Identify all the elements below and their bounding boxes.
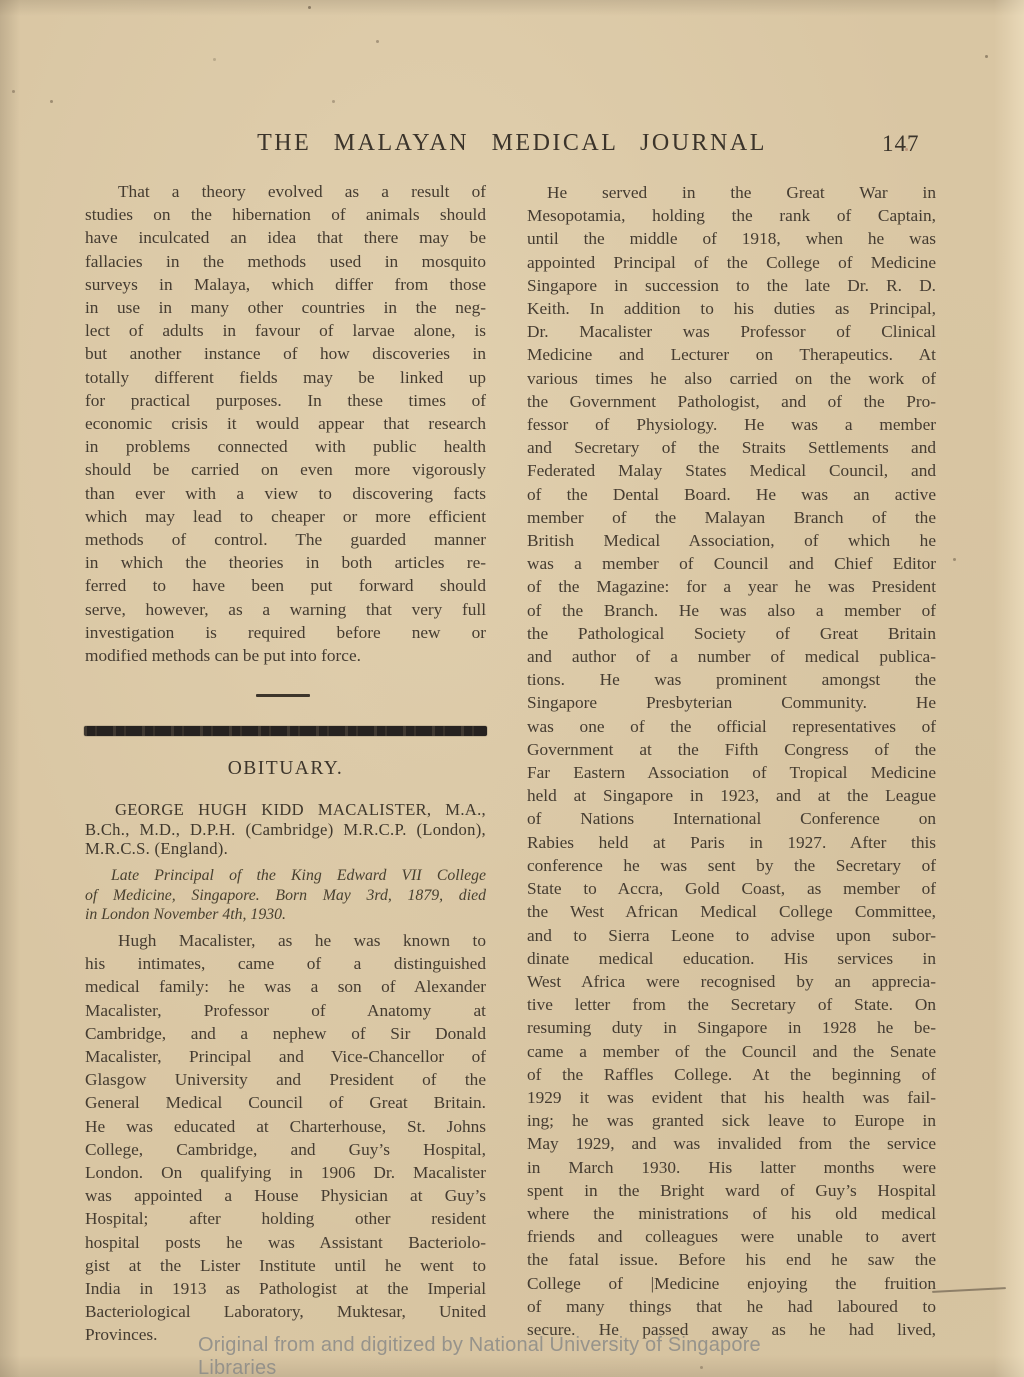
text-line: hospital posts he was Assistant Bacterio… [85, 1231, 486, 1254]
text-line: Late Principal of the King Edward VII Co… [85, 866, 486, 886]
obituary-title-block: Late Principal of the King Edward VII Co… [85, 866, 486, 925]
text-line: and to Sierra Leone to advise upon subor… [527, 924, 936, 947]
obituary-continuation-paragraph: He served in the Great War inMesopotamia… [527, 181, 936, 1341]
text-line: of Nations International Conference on [527, 807, 936, 830]
text-line: his intimates, came of a distinguished [85, 952, 486, 975]
text-line: lect of adults in favour of larvae alone… [85, 319, 486, 342]
obituary-name-block: GEORGE HUGH KIDD MACALISTER, M.A.,B.Ch.,… [85, 800, 486, 859]
text-line: fessor of Physiology. He was a member [527, 413, 936, 436]
text-line: for practical purposes. In these times o… [85, 389, 486, 412]
text-line: Singapore in succession to the late Dr. … [527, 274, 936, 297]
text-line: where the ministrations of his old medic… [527, 1202, 936, 1225]
text-line: have inculcated an idea that there may b… [85, 226, 486, 249]
text-line: spent in the Bright ward of Guy’s Hospit… [527, 1179, 936, 1202]
text-line: Macalister, Principal and Vice-Chancello… [85, 1045, 486, 1068]
text-line: Keith. In addition to his duties as Prin… [527, 297, 936, 320]
text-line: and Secretary of the Straits Settlements… [527, 436, 936, 459]
text-line: B.Ch., M.D., D.P.H. (Cambridge) M.R.C.P.… [85, 820, 486, 840]
text-line: than ever with a view to discovering fac… [85, 482, 486, 505]
text-line: May 1929, and was invalided from the ser… [527, 1132, 936, 1155]
text-line: Dr. Macalister was Professor of Clinical [527, 320, 936, 343]
text-line: M.R.C.S. (England). [85, 839, 486, 859]
section-divider-bar [84, 726, 487, 736]
text-line: of many things that he had laboured to [527, 1295, 936, 1318]
text-line: should be carried on even more vigorousl… [85, 458, 486, 481]
text-line: in March 1930. His latter months were [527, 1156, 936, 1179]
text-line: various times he also carried on the wor… [527, 367, 936, 390]
editorial-paragraph: That a theory evolved as a result ofstud… [85, 180, 486, 667]
text-line: India in 1913 as Pathologist at the Impe… [85, 1277, 486, 1300]
text-line: the West African Medical College Committ… [527, 900, 936, 923]
text-line: but another instance of how discoveries … [85, 342, 486, 365]
text-line: in use in many other countries in the ne… [85, 296, 486, 319]
text-line: State to Accra, Gold Coast, as member of [527, 877, 936, 900]
obituary-biography-paragraph: Hugh Macalister, as he was known tohis i… [85, 929, 486, 1347]
text-line: in problems connected with public health [85, 435, 486, 458]
text-line: British Medical Association, of which he [527, 529, 936, 552]
text-line: of the Branch. He was also a member of [527, 599, 936, 622]
text-line: Hospital; after holding other resident [85, 1207, 486, 1230]
text-line: tive letter from the Secretary of State.… [527, 993, 936, 1016]
crease-mark [932, 1287, 1006, 1293]
journal-title: THE MALAYAN MEDICAL JOURNAL [0, 130, 1024, 157]
text-line: member of the Malayan Branch of the [527, 506, 936, 529]
digitization-watermark: Original from and digitized by National … [198, 1334, 838, 1377]
text-line: studies on the hibernation of animals sh… [85, 203, 486, 226]
text-line: gist at the Lister Institute until he we… [85, 1254, 486, 1277]
text-line: Medicine and Lecturer on Therapeutics. A… [527, 343, 936, 366]
text-line: Cambridge, and a nephew of Sir Donald [85, 1022, 486, 1045]
text-line: College, Cambridge, and Guy’s Hospital, [85, 1138, 486, 1161]
text-line: Bacteriological Laboratory, Muktesar, Un… [85, 1300, 486, 1323]
text-line: He served in the Great War in [527, 181, 936, 204]
text-line: in London November 4th, 1930. [85, 905, 486, 925]
text-line: which may lead to cheaper or more effici… [85, 505, 486, 528]
text-line: GEORGE HUGH KIDD MACALISTER, M.A., [85, 800, 486, 820]
text-line: of Medicine, Singapore. Born May 3rd, 18… [85, 886, 486, 906]
text-line: of the Dental Board. He was an active [527, 483, 936, 506]
text-line: Singapore Presbyterian Community. He [527, 691, 936, 714]
text-line: of the Raffles College. At the beginning… [527, 1063, 936, 1086]
page-number: 147 [882, 131, 920, 157]
text-line: conference he was sent by the Secretary … [527, 854, 936, 877]
text-line: General Medical Council of Great Britain… [85, 1091, 486, 1114]
text-line: was appointed a House Physician at Guy’s [85, 1184, 486, 1207]
text-line: Government at the Fifth Congress of the [527, 738, 936, 761]
text-line: medical family: he was a son of Alexande… [85, 975, 486, 998]
text-line: 1929 it was evident that his health was … [527, 1086, 936, 1109]
text-line: appointed Principal of the College of Me… [527, 251, 936, 274]
text-line: until the middle of 1918, when he was [527, 227, 936, 250]
text-line: fallacies in the methods used in mosquit… [85, 250, 486, 273]
text-line: surveys in Malaya, which differ from tho… [85, 273, 486, 296]
text-line: dinate medical education. His services i… [527, 947, 936, 970]
text-line: ing; he was granted sick leave to Europe… [527, 1109, 936, 1132]
text-line: was a member of Council and Chief Editor [527, 552, 936, 575]
text-line: Federated Malay States Medical Council, … [527, 459, 936, 482]
obituary-heading: OBITUARY. [85, 758, 486, 780]
text-line: held at Singapore in 1923, and at the Le… [527, 784, 936, 807]
text-line: College of |Medicine enjoying the fruiti… [527, 1272, 936, 1295]
text-line: the Government Pathologist, and of the P… [527, 390, 936, 413]
text-line: the Pathological Society of Great Britai… [527, 622, 936, 645]
text-line: friends and colleagues were unable to av… [527, 1225, 936, 1248]
text-line: Hugh Macalister, as he was known to [85, 929, 486, 952]
text-line: resuming duty in Singapore in 1928 he be… [527, 1016, 936, 1039]
text-line: of the Magazine: for a year he was Presi… [527, 575, 936, 598]
text-line: Mesopotamia, holding the rank of Captain… [527, 204, 936, 227]
text-line: modified methods can be put into force. [85, 644, 486, 667]
text-line: ferred to have been put forward should [85, 574, 486, 597]
text-line: He was educated at Charterhouse, St. Joh… [85, 1115, 486, 1138]
text-line: methods of control. The guarded manner [85, 528, 486, 551]
text-line: totally different fields may be linked u… [85, 366, 486, 389]
text-line: tions. He was prominent amongst the [527, 668, 936, 691]
text-line: Macalister, Professor of Anatomy at [85, 999, 486, 1022]
text-line: Rabies held at Paris in 1927. After this [527, 831, 936, 854]
text-line: London. On qualifying in 1906 Dr. Macali… [85, 1161, 486, 1184]
paper-specks [0, 0, 3, 3]
section-end-rule [256, 694, 310, 697]
text-line: West Africa were recognised by an apprec… [527, 970, 936, 993]
text-line: the fatal issue. Before his end he saw t… [527, 1248, 936, 1271]
text-line: came a member of the Council and the Sen… [527, 1040, 936, 1063]
text-line: and author of a number of medical public… [527, 645, 936, 668]
text-line: serve, however, as a warning that very f… [85, 598, 486, 621]
text-line: investigation is required before new or [85, 621, 486, 644]
journal-page-scan: THE MALAYAN MEDICAL JOURNAL 147 That a t… [0, 0, 1024, 1377]
text-line: That a theory evolved as a result of [85, 180, 486, 203]
text-line: Far Eastern Association of Tropical Medi… [527, 761, 936, 784]
text-line: Glasgow University and President of the [85, 1068, 486, 1091]
text-line: was one of the official representatives … [527, 715, 936, 738]
text-line: economic crisis it would appear that res… [85, 412, 486, 435]
text-line: in which the theories in both articles r… [85, 551, 486, 574]
